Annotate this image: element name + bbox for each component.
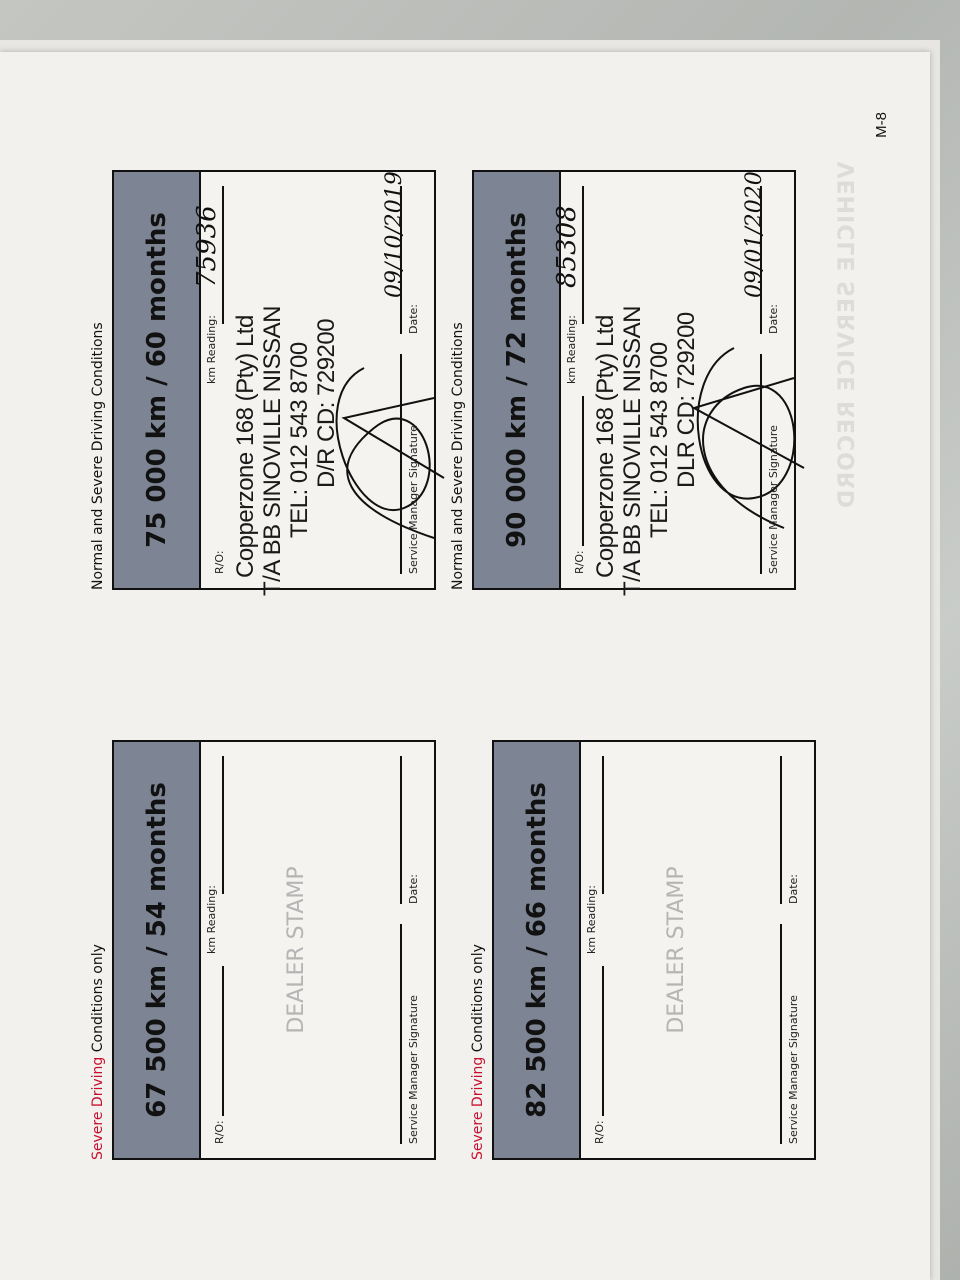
service-card-90000: Normal and Severe Driving Conditions 90 … <box>450 170 796 590</box>
date-label: Date: <box>767 304 780 334</box>
signature-label: Service Manager Signature <box>407 995 420 1144</box>
handwritten-date: 09/10/2019 <box>382 171 407 298</box>
page-number: M-8 <box>873 112 890 138</box>
signature-field[interactable] <box>780 924 782 1144</box>
service-card-75000: Normal and Severe Driving Conditions 75 … <box>90 170 436 590</box>
km-reading-field[interactable] <box>222 186 224 324</box>
dealer-stamp-placeholder: DEALER STAMP <box>664 742 689 1158</box>
interval-heading: 90 000 km / 72 months <box>474 172 561 588</box>
ro-field[interactable] <box>222 966 224 1116</box>
date-label: Date: <box>407 304 420 334</box>
interval-heading: 75 000 km / 60 months <box>114 172 201 588</box>
ro-label: R/O: <box>593 1120 606 1144</box>
condition-label: Normal and Severe Driving Conditions <box>450 170 466 590</box>
km-reading-field[interactable] <box>582 186 584 324</box>
signature-field[interactable] <box>760 354 762 574</box>
handwritten-date: 09/01/2020 <box>742 171 767 298</box>
signature-label: Service Manager Signature <box>407 425 420 574</box>
signature-label: Service Manager Signature <box>767 425 780 574</box>
condition-label: Severe Driving Conditions only <box>470 740 486 1160</box>
service-box: 82 500 km / 66 months R/O: km Reading: D… <box>492 740 816 1160</box>
interval-heading: 82 500 km / 66 months <box>494 742 581 1158</box>
ro-field[interactable] <box>582 396 584 546</box>
km-reading-label: km Reading: <box>205 885 218 954</box>
km-reading-label: km Reading: <box>585 885 598 954</box>
interval-heading: 67 500 km / 54 months <box>114 742 201 1158</box>
date-field[interactable] <box>400 756 402 904</box>
ro-label: R/O: <box>213 1120 226 1144</box>
service-record-page: VEHICLE SERVICE RECORD Severe Driving Co… <box>0 52 930 1280</box>
date-field[interactable] <box>780 756 782 904</box>
bleed-through-title: VEHICLE SERVICE RECORD <box>835 162 860 509</box>
signature-label: Service Manager Signature <box>787 995 800 1144</box>
ro-label: R/O: <box>573 550 586 574</box>
date-label: Date: <box>407 874 420 904</box>
date-label: Date: <box>787 874 800 904</box>
km-reading-field[interactable] <box>602 756 604 894</box>
ro-field[interactable] <box>602 966 604 1116</box>
handwritten-km-reading: 75936 <box>192 205 222 288</box>
ro-label: R/O: <box>213 550 226 574</box>
condition-label: Severe Driving Conditions only <box>90 740 106 1160</box>
service-card-82500: Severe Driving Conditions only 82 500 km… <box>470 740 816 1160</box>
condition-label: Normal and Severe Driving Conditions <box>90 170 106 590</box>
service-box: 75 000 km / 60 months R/O: km Reading: 7… <box>112 170 436 590</box>
service-box: 90 000 km / 72 months R/O: km Reading: 8… <box>472 170 796 590</box>
km-reading-label: km Reading: <box>565 315 578 384</box>
signature-scribble <box>284 348 464 548</box>
dealer-stamp-placeholder: DEALER STAMP <box>284 742 309 1158</box>
signature-scribble <box>644 328 824 548</box>
service-card-67500: Severe Driving Conditions only 67 500 km… <box>90 740 436 1160</box>
km-reading-field[interactable] <box>222 756 224 894</box>
signature-field[interactable] <box>400 924 402 1144</box>
service-box: 67 500 km / 54 months R/O: km Reading: D… <box>112 740 436 1160</box>
signature-field[interactable] <box>400 354 402 574</box>
handwritten-km-reading: 85308 <box>552 205 582 288</box>
km-reading-label: km Reading: <box>205 315 218 384</box>
rotated-page-stage: VEHICLE SERVICE RECORD Severe Driving Co… <box>0 0 960 1280</box>
